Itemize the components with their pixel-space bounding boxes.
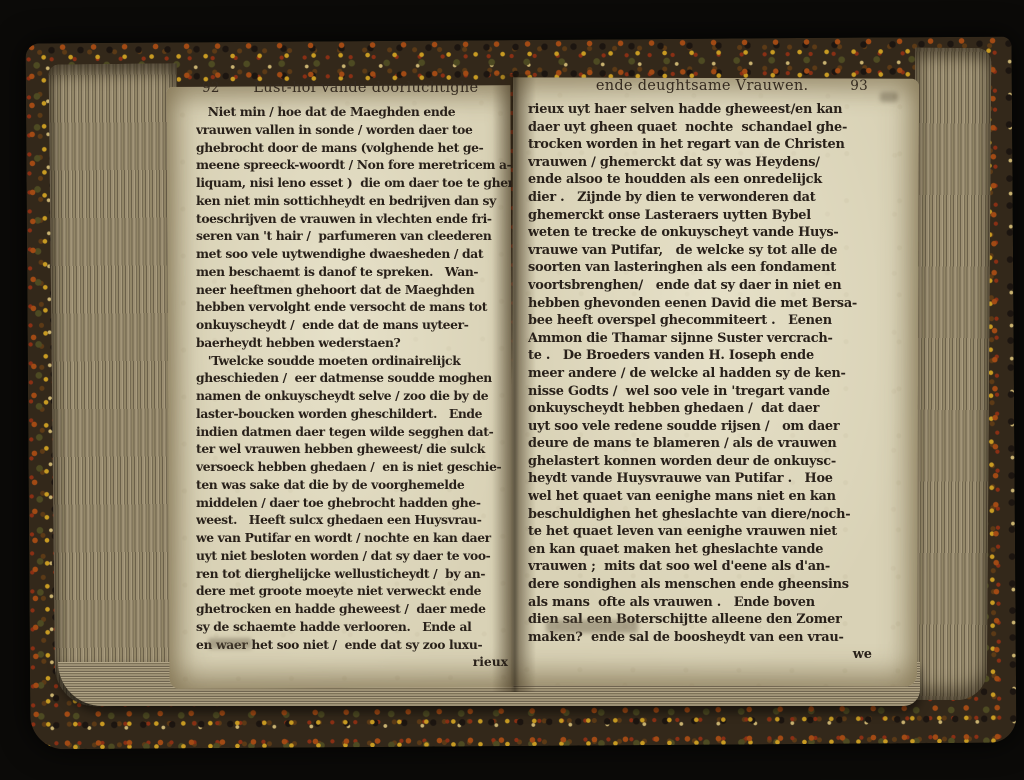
text-line: liquam, nisi leno esset ) die om daer to…: [196, 174, 512, 192]
right-running-head: ende deughtsame Vrauwen. 93: [528, 78, 882, 99]
text-line: dier . Zijnde by dien te verwonderen dat: [528, 189, 882, 207]
text-line: soorten van lasteringhen als een fondame…: [528, 259, 882, 277]
text-line: neer heeftmen ghehoort dat de Maeghden: [196, 281, 512, 299]
text-line: Niet min / hoe dat de Maeghden ende: [196, 103, 512, 121]
text-line: laster-boucken worden gheschildert. Ende: [196, 405, 512, 423]
text-line: vrauwen / ghemerckt dat sy was Heydens/: [528, 154, 882, 172]
text-line: we van Putifar en wordt / nochte en kan …: [196, 529, 512, 547]
right-page-text: rieux uyt haer selven hadde gheweest/en …: [528, 101, 882, 646]
text-line: baerheydt hebben wederstaen?: [196, 334, 512, 352]
text-line: ghetrocken en hadde gheweest / daer mede: [196, 600, 512, 618]
text-line: met soo vele uytwendighe dwaesheden / da…: [196, 245, 512, 263]
text-line: ter wel vrauwen hebben gheweest/ die sul…: [196, 440, 512, 458]
text-line: voortsbrenghen/ ende dat sy daer in niet…: [528, 277, 882, 295]
text-line: ghelastert konnen worden deur de onkuysc…: [528, 453, 882, 471]
text-line: te het quaet leven van eenighe vrauwen n…: [528, 523, 882, 541]
text-line: hebben vervolght ende versocht de mans t…: [196, 298, 512, 316]
page-stack-edge-left: [49, 63, 184, 706]
text-line: middelen / daer toe ghebrocht hadden ghe…: [196, 494, 512, 512]
text-line: beschuldighen het gheslachte van diere/n…: [528, 506, 882, 524]
text-line: deure de mans te blameren / als de vrauw…: [528, 435, 882, 453]
text-line: toeschrijven de vrauwen in vlechten ende…: [196, 210, 512, 228]
text-line: uyt soo vele redene soudde rijsen / om d…: [528, 418, 882, 436]
text-line: indien datmen daer tegen wilde segghen d…: [196, 423, 512, 441]
left-page-catchword: rieux: [196, 653, 512, 671]
text-line: ten was sake dat die by de voorghemelde: [196, 476, 512, 494]
text-line: heydt vande Huysvrauwe van Putifar . Hoe: [528, 470, 882, 488]
text-line: rieux uyt haer selven hadde gheweest/en …: [528, 101, 882, 119]
text-line: namen de onkuyscheydt selve / zoo die by…: [196, 387, 512, 405]
text-line: wel het quaet van eenighe mans niet en k…: [528, 488, 882, 506]
page-stack-edge-right: [911, 48, 992, 701]
text-line: en kan quaet maken het gheslachte vande: [528, 541, 882, 559]
text-line: ghebrocht door de mans (volghende het ge…: [196, 139, 512, 157]
text-line: dere sondighen als menschen ende gheensi…: [528, 576, 882, 594]
text-line: weest. Heeft sulcx ghedaen een Huysvrau-: [196, 511, 512, 529]
right-page-content: ende deughtsame Vrauwen. 93 rieux uyt ha…: [528, 78, 882, 664]
text-line: sy de schaemte hadde verlooren. Ende al: [196, 618, 512, 636]
text-line: trocken worden in het regart van de Chri…: [528, 136, 882, 154]
ink-bleed-smudge: [208, 638, 252, 649]
left-page-number: 92: [202, 80, 220, 96]
text-line: vrauwe van Putifar, de welcke sy tot all…: [528, 242, 882, 260]
text-line: uyt niet besloten worden / dat sy daer t…: [196, 547, 512, 565]
text-line: vrauwen ; mits dat soo wel d'eene als d'…: [528, 558, 882, 576]
text-line: te . De Broeders vanden H. Ioseph ende: [528, 347, 882, 365]
text-line: ende alsoo te houdden als een onredelijc…: [528, 171, 882, 189]
ink-bleed-smudge: [880, 92, 898, 102]
text-line: bee heeft overspel ghecommiteert . Eenen: [528, 312, 882, 330]
right-header-title: ende deughtsame Vrauwen.: [528, 78, 850, 94]
right-page-number: 93: [850, 78, 868, 94]
text-line: weten te trecke de onkuyscheyt vande Huy…: [528, 224, 882, 242]
text-line: dere met groote moeyte niet verweckt end…: [196, 582, 512, 600]
text-line: 'Twelcke soudde moeten ordinairelijck: [196, 352, 512, 370]
text-line: nisse Godts / wel soo vele in 'tregart v…: [528, 383, 882, 401]
text-line: men beschaemt is danof te spreken. Wan-: [196, 263, 512, 281]
text-line: onkuyscheydt / ende dat de mans uyteer-: [196, 316, 512, 334]
text-line: als mans ofte als vrauwen . Ende boven: [528, 594, 882, 612]
right-page-catchword: we: [528, 646, 882, 664]
text-line: versoeck hebben ghedaen / en is niet ges…: [196, 458, 512, 476]
left-running-head: 92 Lust-hof vande doorluchtighe: [196, 80, 512, 101]
text-line: onkuyscheydt hebben ghedaen / dat daer: [528, 400, 882, 418]
text-line: Ammon die Thamar sijnne Suster vercrach-: [528, 330, 882, 348]
text-line: meer andere / de welcke al hadden sy de …: [528, 365, 882, 383]
left-page-content: 92 Lust-hof vande doorluchtighe Niet min…: [196, 80, 512, 671]
ink-bleed-smudge: [546, 620, 638, 633]
text-line: ren tot dierghelijcke wellusticheydt / b…: [196, 565, 512, 583]
text-line: hebben ghevonden eenen David die met Ber…: [528, 295, 882, 313]
text-line: gheschieden / eer datmense soudde moghen: [196, 369, 512, 387]
text-line: daer uyt gheen quaet nochte schandael gh…: [528, 119, 882, 137]
text-line: seren van 't hair / parfumeren van cleed…: [196, 227, 512, 245]
text-line: meene spreeck-woordt / Non fore meretric…: [196, 156, 512, 174]
text-line: vrauwen vallen in sonde / worden daer to…: [196, 121, 512, 139]
left-page-text: Niet min / hoe dat de Maeghden endevrauw…: [196, 103, 512, 653]
text-line: ken niet min sottichheydt en bedrijven d…: [196, 192, 512, 210]
text-line: ghemerckt onse Lasteraers uytten Bybel: [528, 207, 882, 225]
left-header-title: Lust-hof vande doorluchtighe: [220, 80, 512, 96]
